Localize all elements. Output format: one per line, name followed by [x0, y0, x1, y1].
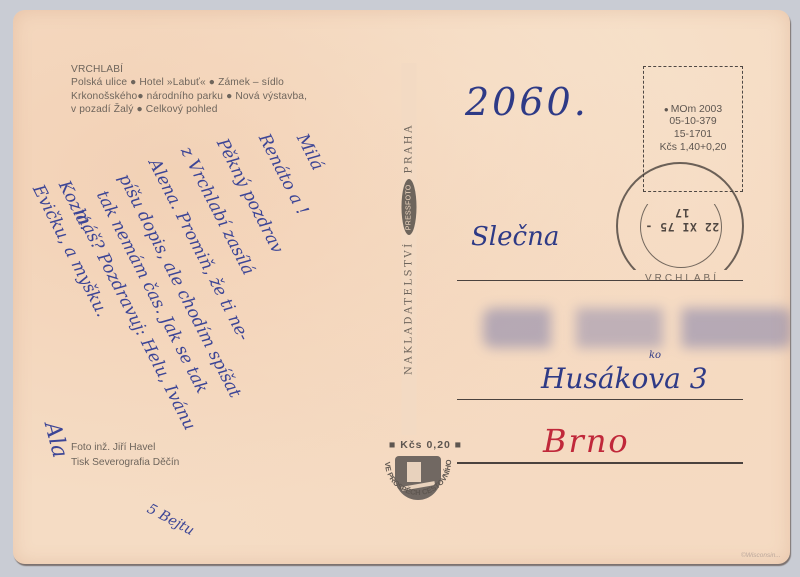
caption-line-2: Krkonošského● národního parku ● Nová výs… [71, 90, 307, 103]
address-street: Husákova 3 ko [541, 362, 708, 395]
caption-town: VRCHLABÍ [71, 63, 307, 76]
signature: Ala [39, 419, 72, 460]
publisher-left: NAKLADATELSTVÍ [404, 241, 415, 375]
address-city: Brno [543, 422, 630, 460]
print-credit: Tisk Severografia Děčín [71, 456, 179, 471]
publisher-imprint: NAKLADATELSTVÍ PRESSFOTO PRAHA [402, 63, 417, 435]
footer-note: 5 Bejtu [144, 501, 196, 539]
print-credits: Foto inž. Jiří Havel Tisk Severografia D… [71, 441, 179, 470]
spacer [457, 464, 743, 465]
picture-caption: VRCHLABÍ Polská ulice ● Hotel »Labuť« ● … [71, 63, 307, 117]
message-line: Milá [292, 130, 327, 173]
postcard: VRCHLABÍ Polská ulice ● Hotel »Labuť« ● … [13, 10, 790, 564]
pressfoto-logo: PRESSFOTO [402, 179, 417, 235]
svg-text:VE PROSPĚCH CESTOVNÍHO RUCHU: VE PROSPĚCH CESTOVNÍHO RUCHU [379, 448, 453, 497]
stamp-line-2: 05-10-379 [669, 116, 716, 129]
publisher-right: PRAHA [404, 123, 415, 173]
address-salutation: Slečna [471, 222, 559, 252]
tourism-emblem: ■ Kčs 0,20 ■ VE PROSPĚCH CESTOVNÍHO RUCH… [373, 436, 463, 520]
postmark-town: VRCHLABÍ [632, 273, 732, 284]
address-name-blurred [483, 308, 790, 348]
address-line-2 [457, 399, 743, 400]
emblem-arc-text: VE PROSPĚCH CESTOVNÍHO RUCHU [379, 448, 457, 516]
stamp-line-4: Kčs 1,40+0,20 [660, 142, 727, 155]
postmark-date: 22 XI 75 - 17 [634, 206, 730, 234]
address-line-1 [457, 280, 743, 281]
street-correction: ko [649, 350, 661, 361]
stamp-line-3: 15-1701 [674, 129, 712, 142]
caption-line-1: Polská ulice ● Hotel »Labuť« ● Zámek – s… [71, 76, 307, 89]
postal-code: 2060. [465, 80, 589, 124]
postmark: 22 XI 75 - 17 VRCHLABÍ [620, 190, 744, 290]
stamp-line-1: ●MOm 2003 [664, 104, 722, 117]
photo-credit: Foto inž. Jiří Havel [71, 441, 179, 456]
watermark: ©Wisconsin... [741, 552, 781, 559]
